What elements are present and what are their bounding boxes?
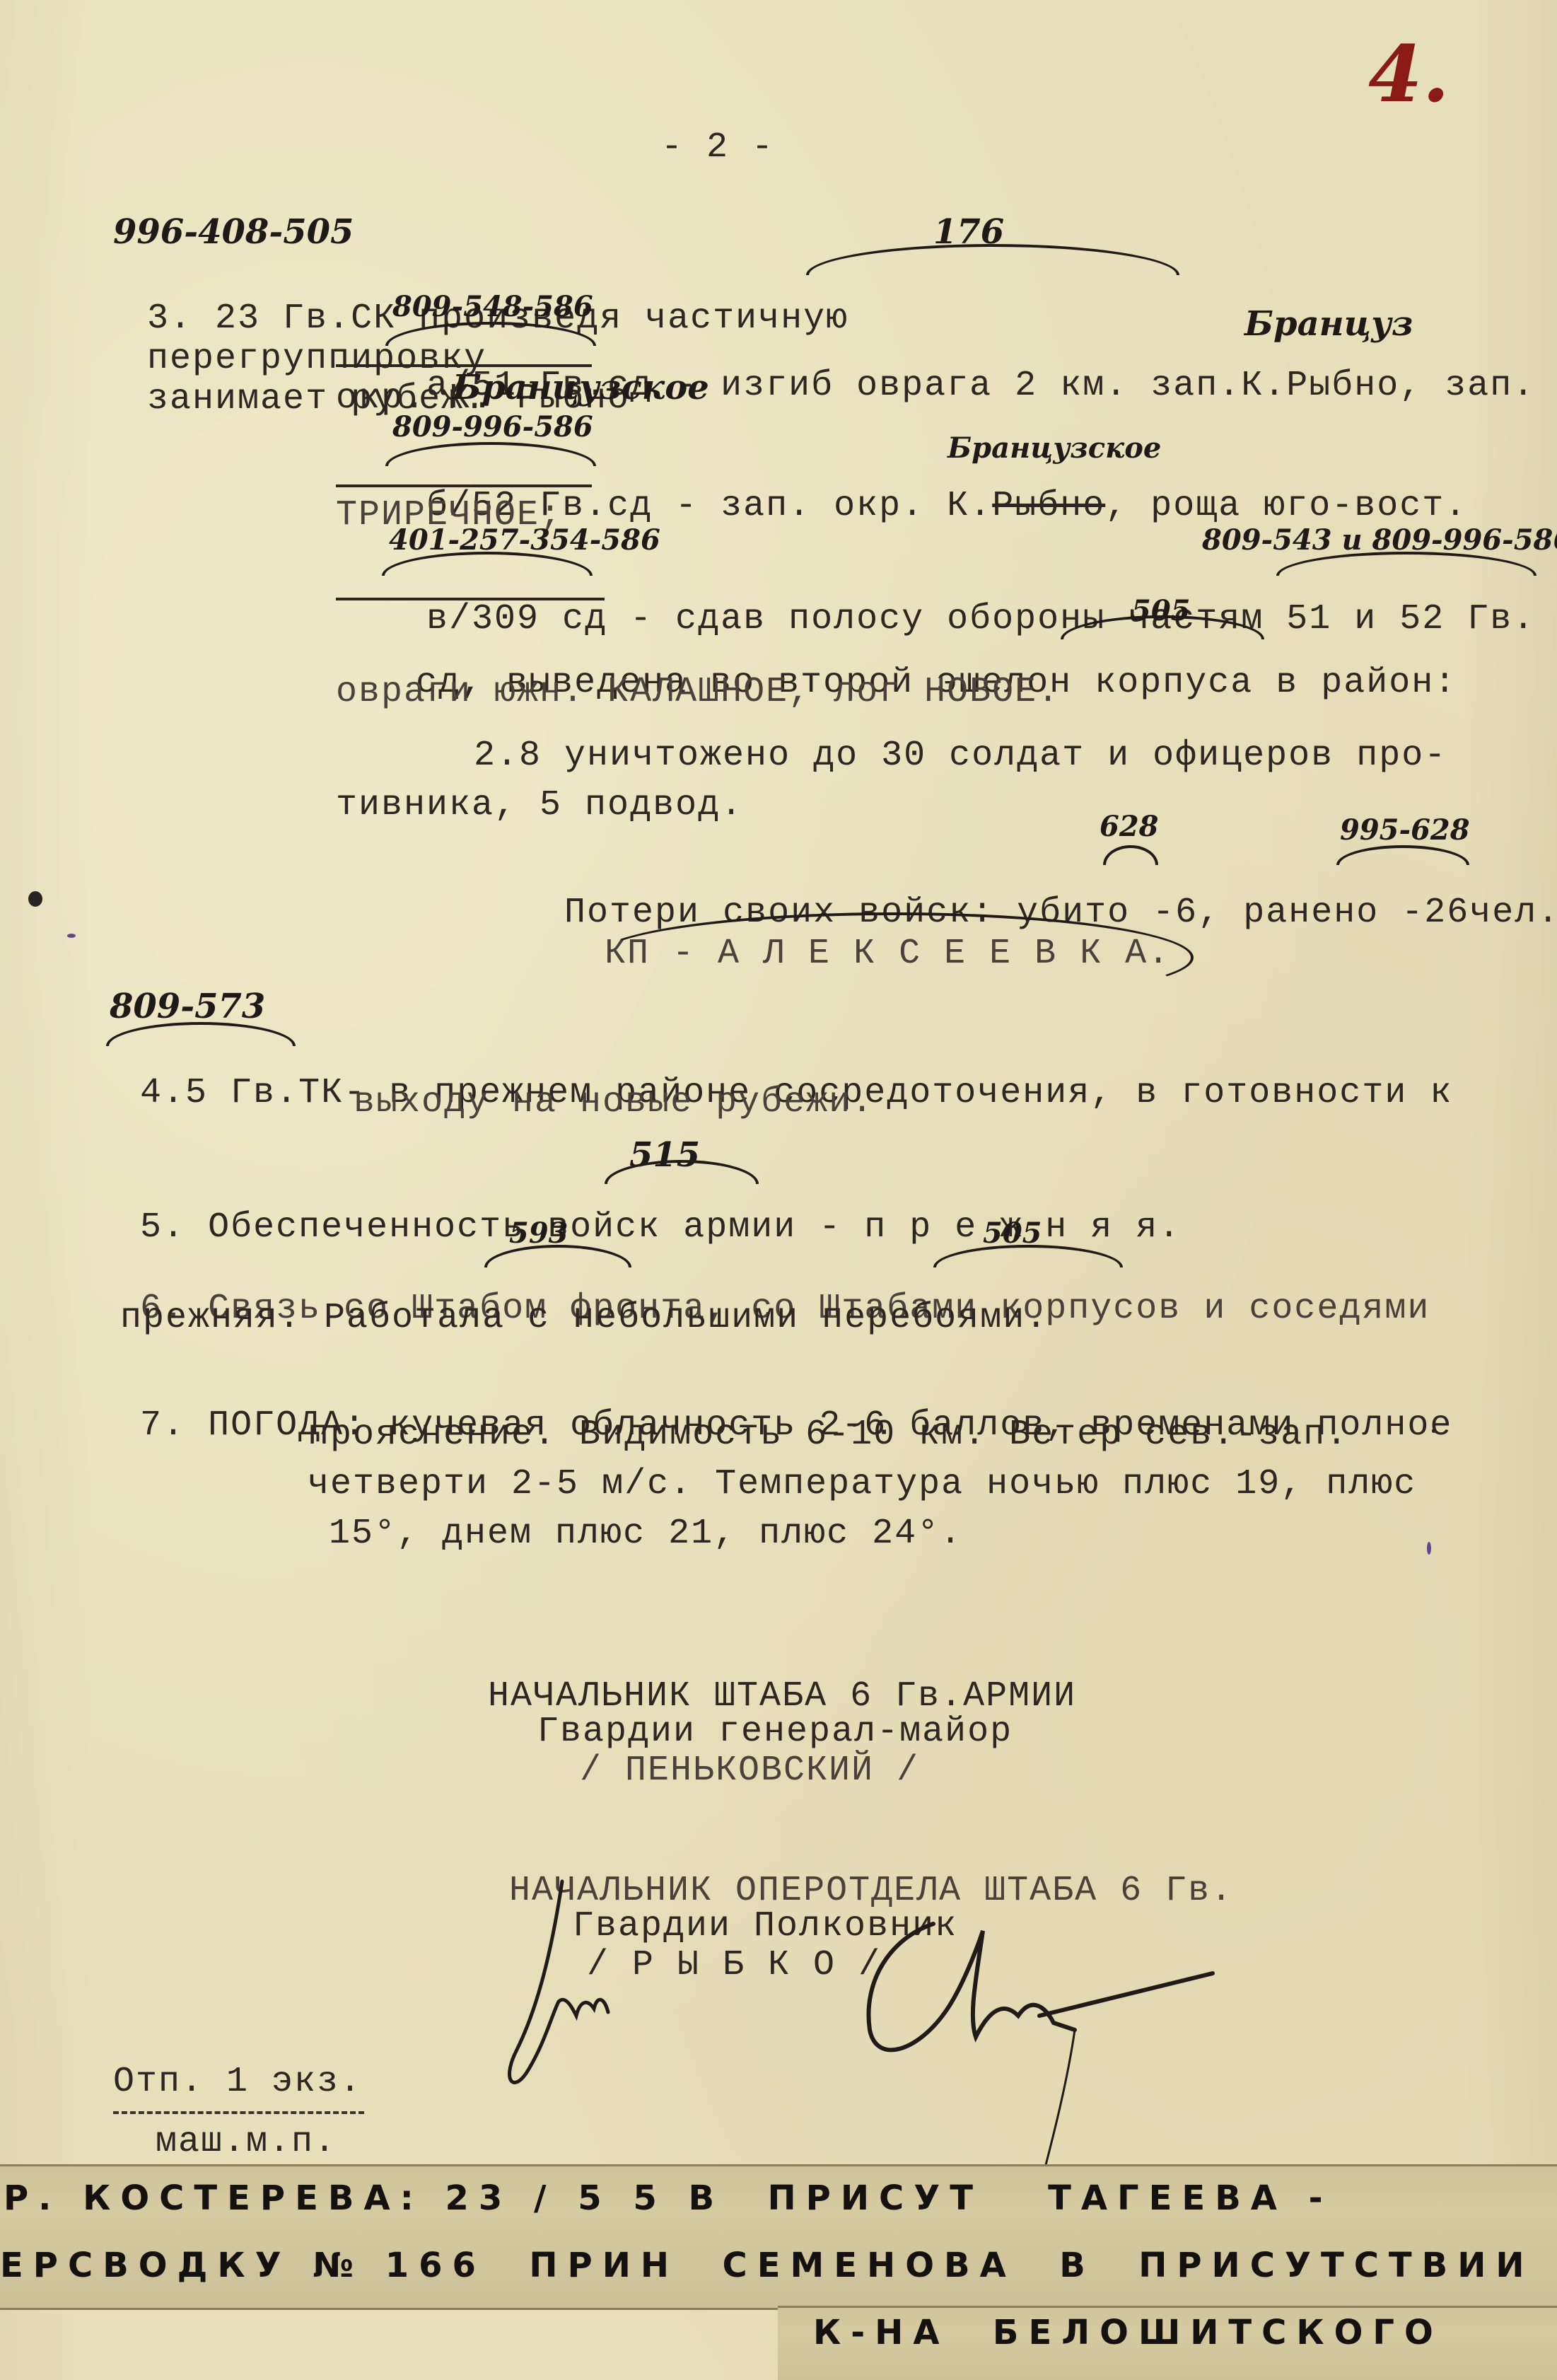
folio-number: 4. xyxy=(1368,28,1450,120)
typed-text: , ранено - xyxy=(1198,893,1424,933)
dashed-divider xyxy=(113,2111,364,2114)
signatory-1-name: / ПЕНЬКОВСКИЙ / xyxy=(580,1751,919,1791)
killed-count: 6 xyxy=(1175,893,1198,933)
pen-circle-mark xyxy=(605,1160,759,1184)
unit-name: 5 Гв.ТК xyxy=(185,1073,344,1113)
typed-text: - изгиб оврага 2 км. зап.К.Рыбно, зап. xyxy=(675,366,1535,406)
ink-blot xyxy=(28,891,42,907)
handwritten-code: 809-548-586 xyxy=(392,290,593,323)
underline xyxy=(336,484,592,487)
handwritten-code: 809-996-586 xyxy=(392,410,593,443)
handwritten-signature-icon xyxy=(495,1867,1343,2193)
handwritten-code: 628 xyxy=(1100,810,1159,843)
typist-note: маш.м.п. xyxy=(156,2122,337,2162)
section-3-item-c-line-3: овраги южн. КАЛАШНОЕ, лог НОВОЕ. xyxy=(336,672,1060,712)
crossed-text: Рыбно xyxy=(992,486,1105,526)
typed-text: - зап. окр. К. xyxy=(675,486,992,526)
telegraph-line-1: Р. КОСТЕРЕВА: 23 / 5 5 В ПРИСУТ ТАГЕЕВА … xyxy=(4,2178,1333,2218)
signatory-1-rank: Гвардии генерал-майор xyxy=(537,1712,1013,1752)
typed-text: чел. xyxy=(1469,893,1557,933)
handwritten-code: 809-573 xyxy=(110,987,265,1026)
underline xyxy=(336,598,605,600)
ink-speck xyxy=(1427,1542,1431,1555)
page-number: - 2 - xyxy=(661,127,774,168)
handwritten-code: 996-408-505 xyxy=(113,212,354,252)
handwritten-correction: Бранцуз xyxy=(1244,304,1413,344)
wounded-count: 26 xyxy=(1424,893,1469,933)
ink-speck xyxy=(67,934,76,938)
ink-speck xyxy=(1432,1429,1435,1433)
signatory-1-title: НАЧАЛЬНИК ШТАБА 6 Гв.АРМИИ xyxy=(488,1676,1076,1717)
copies-note: Отп. 1 экз. xyxy=(113,2062,362,2102)
typed-text: Обеспеченность войск xyxy=(208,1207,660,1248)
pen-circle-mark xyxy=(1103,845,1158,865)
telegraph-line-3: К-НА БЕЛОШИТСКОГО xyxy=(813,2313,1443,2352)
circled-word: армии xyxy=(683,1207,796,1248)
handwritten-correction: Бранцузское xyxy=(453,368,709,407)
section-number: 7. xyxy=(140,1405,185,1446)
pen-circle-mark xyxy=(806,244,1179,275)
typed-text: в район: xyxy=(1276,663,1457,703)
handwritten-code: 401-257-354-586 xyxy=(389,523,660,557)
handwritten-correction: Бранцузское xyxy=(947,431,1161,465)
section-4-line-2: выходу на новые рубежи. xyxy=(354,1082,874,1122)
section-6-line-2: прежняя. Работала с небольшими перебоями… xyxy=(120,1298,1048,1338)
paragraph-2-8-line-2: тивника, 5 подвод. xyxy=(336,785,743,825)
section-number: 4. xyxy=(140,1073,185,1113)
paragraph-2-8: 2.8 уничтожено до 30 солдат и офицеров п… xyxy=(474,736,1447,776)
typed-text: , роща юго-вост. xyxy=(1105,486,1467,526)
section-7-line-2: прояснение. Видимость 6-10 км. Ветер сев… xyxy=(308,1415,1348,1455)
section-7-line-3: четверти 2-5 м/с. Температура ночью плюс… xyxy=(308,1464,1416,1504)
circled-word: корпуса xyxy=(1095,663,1253,703)
pen-circle-mark xyxy=(594,912,1194,1003)
archival-document-page: 4. - 2 - 996-408-505 176 3. 23 Гв.СК про… xyxy=(0,0,1557,2380)
section-7-line-4: 15°, днем плюс 21, плюс 24°. xyxy=(329,1514,962,1554)
underline xyxy=(336,364,592,367)
section-number: 5. xyxy=(140,1207,185,1248)
pen-circle-mark xyxy=(1336,845,1469,865)
typed-text: и соседями xyxy=(1203,1289,1430,1329)
telegraph-line-2: ЕРСВОДКУ № 166 ПРИН СЕМЕНОВА В ПРИСУТСТВ… xyxy=(0,2246,1534,2285)
handwritten-code: 995-628 xyxy=(1340,813,1470,847)
